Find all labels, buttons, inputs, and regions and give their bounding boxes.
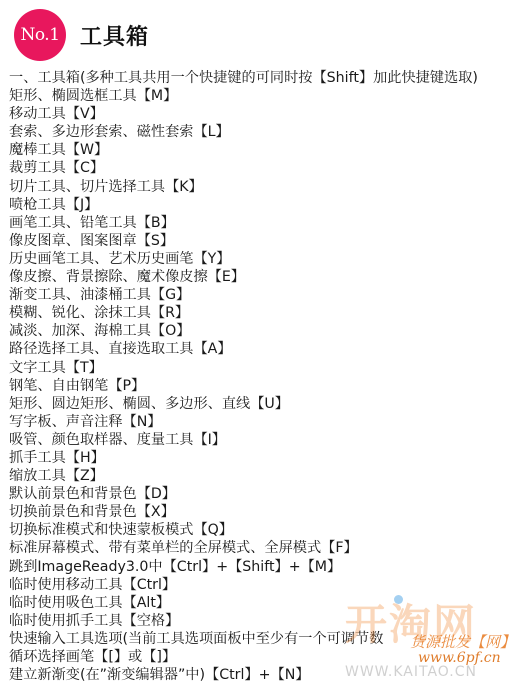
list-item: 吸管、颜色取样器、度量工具【I】 — [9, 431, 478, 449]
list-item: 一、工具箱(多种工具共用一个快捷键的可同时按【Shift】加此快捷键选取) — [9, 69, 478, 87]
list-item: 标准屏幕模式、带有菜单栏的全屏模式、全屏模式【F】 — [9, 539, 478, 557]
list-item: 魔棒工具【W】 — [9, 141, 478, 159]
list-item: 路径选择工具、直接选取工具【A】 — [9, 340, 478, 358]
list-item: 临时使用移动工具【Ctrl】 — [9, 576, 478, 594]
list-item: 写字板、声音注释【N】 — [9, 413, 478, 431]
list-item: 矩形、椭圆选框工具【M】 — [9, 87, 478, 105]
list-item: 像皮擦、背景擦除、魔术像皮擦【E】 — [9, 268, 478, 286]
shortcut-list: 一、工具箱(多种工具共用一个快捷键的可同时按【Shift】加此快捷键选取) 矩形… — [9, 69, 478, 684]
list-item: 文字工具【T】 — [9, 359, 478, 377]
list-item: 减淡、加深、海棉工具【O】 — [9, 322, 478, 340]
list-item: 钢笔、自由钢笔【P】 — [9, 377, 478, 395]
list-item: 模糊、锐化、涂抹工具【R】 — [9, 304, 478, 322]
list-item: 裁剪工具【C】 — [9, 159, 478, 177]
list-item: 矩形、圆边矩形、椭圆、多边形、直线【U】 — [9, 395, 478, 413]
list-item: 临时使用吸色工具【Alt】 — [9, 594, 478, 612]
list-item: 历史画笔工具、艺术历史画笔【Y】 — [9, 250, 478, 268]
list-item: 切换前景色和背景色【X】 — [9, 503, 478, 521]
list-item: 缩放工具【Z】 — [9, 467, 478, 485]
section-header: No.1 工具箱 — [14, 9, 149, 61]
section-title: 工具箱 — [80, 20, 149, 51]
list-item: 像皮图章、图案图章【S】 — [9, 232, 478, 250]
list-item: 快速输入工具选项(当前工具选项面板中至少有一个可调节数 — [9, 630, 478, 648]
list-item: 切换标准模式和快速蒙板模式【Q】 — [9, 521, 478, 539]
list-item: 移动工具【V】 — [9, 105, 478, 123]
section-number-badge: No.1 — [14, 9, 66, 61]
list-item: 临时使用抓手工具【空格】 — [9, 612, 478, 630]
list-item: 画笔工具、铅笔工具【B】 — [9, 214, 478, 232]
list-item: 套索、多边形套索、磁性套索【L】 — [9, 123, 478, 141]
list-item: 默认前景色和背景色【D】 — [9, 485, 478, 503]
list-item: 跳到ImageReady3.0中【Ctrl】+【Shift】+【M】 — [9, 558, 478, 576]
list-item: 切片工具、切片选择工具【K】 — [9, 178, 478, 196]
list-item: 循环选择画笔【[】或【]】 — [9, 648, 478, 666]
list-item: 建立新渐变(在”渐变编辑器”中)【Ctrl】+【N】 — [9, 666, 478, 684]
list-item: 抓手工具【H】 — [9, 449, 478, 467]
list-item: 喷枪工具【J】 — [9, 196, 478, 214]
list-item: 渐变工具、油漆桶工具【G】 — [9, 286, 478, 304]
